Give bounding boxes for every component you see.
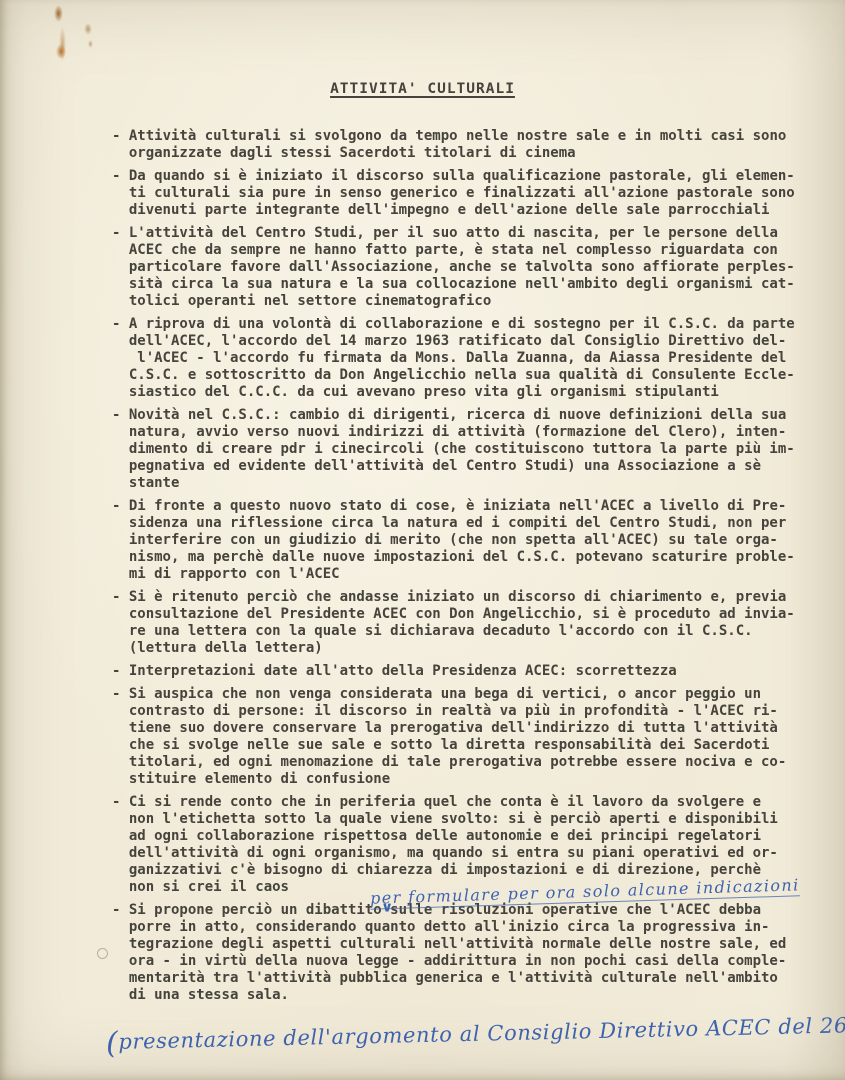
text-line: di una stessa sala.	[112, 987, 812, 1004]
text-line: - Ci si rende conto che in periferia que…	[112, 794, 812, 811]
text-line: particolare favore dall'Associazione, an…	[112, 259, 812, 276]
text-line: tegrazione degli aspetti culturali nell'…	[112, 936, 812, 953]
text-line: - Si auspica che non venga considerata u…	[112, 686, 812, 703]
rust-stain	[84, 23, 92, 35]
rust-stain	[59, 26, 66, 62]
text-line: che si svolge nelle sue sale e sotto la …	[112, 737, 812, 754]
paragraph: - L'attività del Centro Studi, per il su…	[112, 225, 812, 310]
page-title: ATTIVITA' CULTURALI	[0, 81, 845, 97]
text-line: - Si è ritenuto perciò che andasse inizi…	[112, 589, 812, 606]
text-line: natura, avvio verso nuovi indirizzi di a…	[112, 424, 812, 441]
text-line: sità circa la sua natura e la sua colloc…	[112, 276, 812, 293]
paragraph: - Novità nel C.S.C.: cambio di dirigenti…	[112, 407, 812, 492]
rust-stain	[56, 44, 66, 59]
text-line: - L'attività del Centro Studi, per il su…	[112, 225, 812, 242]
paragraph: - Interpretazioni date all'atto della Pr…	[112, 663, 812, 680]
scanned-document-page: ATTIVITA' CULTURALI - Attività culturali…	[0, 0, 845, 1080]
paragraph: - Si propone perciò un dibattito sulle r…	[112, 902, 812, 1004]
text-line: interferire con un giudizio di merito (c…	[112, 532, 812, 549]
text-line: titolari, ed ogni menomazione di tale pr…	[112, 754, 812, 771]
text-line: dell'attività di ogni organismo, ma quan…	[112, 845, 812, 862]
text-line: sidenza una riflessione circa la natura …	[112, 515, 812, 532]
text-line: ora - in virtù della nuova legge - addir…	[112, 953, 812, 970]
text-line: - A riprova di una volontà di collaboraz…	[112, 316, 812, 333]
footer-note-text: presentazione dell'argomento al Consigli…	[118, 1009, 845, 1054]
text-line: l'ACEC - l'accordo fu firmata da Mons. D…	[112, 350, 812, 367]
text-line: re una lettera con la quale si dichiarav…	[112, 623, 812, 640]
text-line: porre in atto, considerando quanto detto…	[112, 919, 812, 936]
text-line: ti culturali sia pure in senso generico …	[112, 185, 812, 202]
text-line: mi di rapporto con l'ACEC	[112, 566, 812, 583]
text-line: - Da quando si è iniziato il discorso su…	[112, 168, 812, 185]
rust-stain	[88, 40, 93, 48]
text-line: - Attività culturali si svolgono da temp…	[112, 128, 812, 145]
text-line: nismo, ma perchè dalle nuove impostazion…	[112, 549, 812, 566]
text-line: divenuti parte integrante dell'impegno e…	[112, 202, 812, 219]
text-line: pegnativa ed evidente dell'attività del …	[112, 458, 812, 475]
text-line: stante	[112, 475, 812, 492]
text-line: siastico del C.C.C. da cui avevano preso…	[112, 384, 812, 401]
text-line: ganizzativi c'è bisogno di chiarezza di …	[112, 862, 812, 879]
text-line: tolici operanti nel settore cinematograf…	[112, 293, 812, 310]
text-line: dimento di creare pdr i cinecircoli (che…	[112, 441, 812, 458]
text-line: ad ogni collaborazione rispettosa delle …	[112, 828, 812, 845]
paragraph: - Si auspica che non venga considerata u…	[112, 686, 812, 788]
text-line: C.S.C. e sottoscritto da Don Angelicchio…	[112, 367, 812, 384]
paragraph: - Attività culturali si svolgono da temp…	[112, 128, 812, 162]
paragraph: - Di fronte a questo nuovo stato di cose…	[112, 498, 812, 583]
paragraph: - Da quando si è iniziato il discorso su…	[112, 168, 812, 219]
margin-circle-mark	[97, 948, 108, 959]
text-line: (lettura della lettera)	[112, 640, 812, 657]
rust-stain	[54, 5, 63, 22]
text-line: - Interpretazioni date all'atto della Pr…	[112, 663, 812, 680]
text-line: contrasto di persone: il discorso in rea…	[112, 703, 812, 720]
text-line: tiene suo dovere conservare la prerogati…	[112, 720, 812, 737]
text-line: - Di fronte a questo nuovo stato di cose…	[112, 498, 812, 515]
text-line: ACEC che da sempre ne hanno fatto parte,…	[112, 242, 812, 259]
text-line: consultazione del Presidente ACEC con Do…	[112, 606, 812, 623]
handwritten-footer-note: (presentazione dell'argomento al Consigl…	[106, 1010, 827, 1061]
text-line: mentarità tra l'attività pubblica generi…	[112, 970, 812, 987]
text-line: - Novità nel C.S.C.: cambio di dirigenti…	[112, 407, 812, 424]
text-line: dell'ACEC, l'accordo del 14 marzo 1963 r…	[112, 333, 812, 350]
text-line: stituire elemento di confusione	[112, 771, 812, 788]
paragraph: - Si è ritenuto perciò che andasse inizi…	[112, 589, 812, 657]
text-line: non l'etichetta sotto la quale viene svo…	[112, 811, 812, 828]
text-line: organizzate dagli stessi Sacerdoti titol…	[112, 145, 812, 162]
paragraph: - A riprova di una volontà di collaboraz…	[112, 316, 812, 401]
